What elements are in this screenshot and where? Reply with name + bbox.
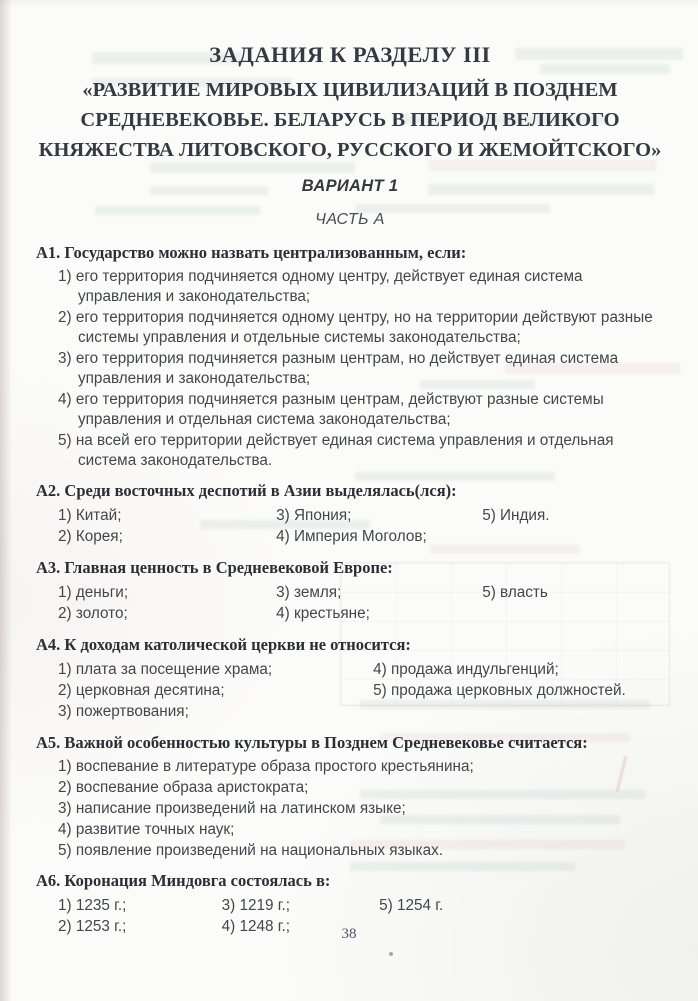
answer-option: 5) на всей его территории действует един… — [58, 431, 664, 471]
question-number: А1. — [36, 243, 60, 262]
answer-option: 5) власть — [482, 583, 664, 603]
scan-edge-shadow — [0, 0, 12, 1001]
question-number: А2. — [36, 481, 60, 500]
answer-option: 1) 1235 г.; — [58, 896, 222, 916]
question-text: Коронация Миндовга состоялась в: — [64, 871, 330, 890]
part-heading: ЧАСТЬ А — [36, 211, 664, 229]
answer-option: 4) продажа индульгенций; — [373, 660, 664, 680]
question-a4: А4. К доходам католической церкви не отн… — [36, 635, 664, 723]
answer-option: 1) его территория подчиняется одному цен… — [58, 267, 664, 307]
options-column: 1) Китай; 2) Корея; — [58, 505, 276, 548]
answer-option: 1) Китай; — [58, 506, 276, 526]
options-list: 1) деньги; 2) золото; 3) земля; 4) крест… — [36, 582, 664, 625]
options-column: 3) Япония; 4) Империя Моголов; — [276, 505, 482, 548]
answer-option: 2) Корея; — [58, 527, 276, 547]
subtitle-line: «РАЗВИТИЕ МИРОВЫХ ЦИВИЛИЗАЦИЙ В ПОЗДНЕМ — [36, 75, 664, 105]
answer-option: 4) Империя Моголов; — [276, 527, 482, 547]
section-subtitle: «РАЗВИТИЕ МИРОВЫХ ЦИВИЛИЗАЦИЙ В ПОЗДНЕМ … — [36, 75, 664, 165]
answer-option: 1) воспевание в литературе образа просто… — [58, 757, 664, 777]
answer-option: 5) 1254 г. — [379, 896, 664, 916]
answer-option: 5) Индия. — [482, 506, 664, 526]
scan-speck — [389, 952, 393, 956]
answer-option: 5) появление произведений на национальны… — [58, 841, 664, 861]
question-text: Важной особенностью культуры в Позднем С… — [64, 733, 587, 752]
page-number: 38 — [0, 926, 698, 943]
answer-option: 4) крестьяне; — [276, 604, 482, 624]
options-list: 1) воспевание в литературе образа просто… — [36, 757, 664, 861]
options-column: 5) власть — [482, 582, 664, 625]
options-list: 1) Китай; 2) Корея; 3) Япония; 4) Импери… — [36, 505, 664, 548]
answer-option: 3) пожертвования; — [58, 702, 373, 722]
question-text: К доходам католической церкви не относит… — [64, 635, 411, 654]
answer-option: 3) земля; — [276, 583, 482, 603]
answer-option: 3) 1219 г.; — [222, 896, 380, 916]
options-list: 1) его территория подчиняется одному цен… — [36, 267, 664, 471]
subtitle-line: КНЯЖЕСТВА ЛИТОВСКОГО, РУССКОГО И ЖЕМОЙТС… — [36, 135, 664, 165]
question-number: А5. — [36, 733, 60, 752]
question-text: Среди восточных деспотий в Азии выделяла… — [64, 481, 456, 500]
page-title: ЗАДАНИЯ К РАЗДЕЛУ III — [36, 42, 664, 68]
answer-option: 4) его территория подчиняется разным цен… — [58, 390, 664, 430]
options-column: 4) продажа индульгенций; 5) продажа церк… — [373, 659, 664, 723]
question-text: Государство можно назвать централизованн… — [64, 243, 466, 262]
answer-option: 3) написание произведений на латинском я… — [58, 799, 664, 819]
answer-option: 2) воспевание образа аристократа; — [58, 778, 664, 798]
question-a1: А1. Государство можно назвать централизо… — [36, 243, 664, 471]
question-number: А6. — [36, 871, 60, 890]
answer-option: 2) его территория подчиняется одному цен… — [58, 308, 664, 348]
question-a5: А5. Важной особенностью культуры в Поздн… — [36, 733, 664, 861]
answer-option: 5) продажа церковных должностей. — [373, 681, 664, 701]
scan-edge-shadow — [0, 0, 698, 8]
answer-option: 2) церковная десятина; — [58, 681, 373, 701]
answer-option: 2) золото; — [58, 604, 276, 624]
question-number: А4. — [36, 635, 60, 654]
question-text: Главная ценность в Средневековой Европе: — [64, 558, 392, 577]
answer-option: 3) его территория подчиняется разным цен… — [58, 349, 664, 389]
question-number: А3. — [36, 558, 60, 577]
options-column: 3) земля; 4) крестьяне; — [276, 582, 482, 625]
options-column: 1) деньги; 2) золото; — [58, 582, 276, 625]
page-content: ЗАДАНИЯ К РАЗДЕЛУ III «РАЗВИТИЕ МИРОВЫХ … — [0, 0, 698, 938]
question-a3: А3. Главная ценность в Средневековой Евр… — [36, 558, 664, 625]
subtitle-line: СРЕДНЕВЕКОВЬЕ. БЕЛАРУСЬ В ПЕРИОД ВЕЛИКОГ… — [36, 105, 664, 135]
answer-option: 1) деньги; — [58, 583, 276, 603]
options-column: 5) Индия. — [482, 505, 664, 548]
variant-heading: ВАРИАНТ 1 — [36, 177, 664, 196]
scan-page: ЗАДАНИЯ К РАЗДЕЛУ III «РАЗВИТИЕ МИРОВЫХ … — [0, 0, 698, 1001]
question-a2: А2. Среди восточных деспотий в Азии выде… — [36, 481, 664, 548]
options-column: 1) плата за посещение храма; 2) церковна… — [58, 659, 373, 723]
answer-option: 4) развитие точных наук; — [58, 820, 664, 840]
answer-option: 1) плата за посещение храма; — [58, 660, 373, 680]
options-list: 1) плата за посещение храма; 2) церковна… — [36, 659, 664, 723]
answer-option: 3) Япония; — [276, 506, 482, 526]
